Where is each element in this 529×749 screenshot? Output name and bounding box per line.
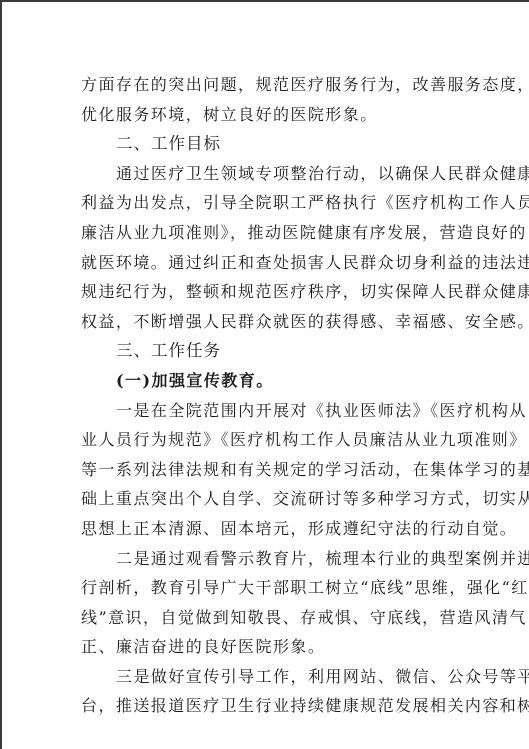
body-line: 线”意识，自觉做到知敬畏、存戒惧、守底线，营造风清气 [81,603,469,633]
body-line: 利益为出发点，引导全院职工严格执行《医疗机构工作人员 [81,188,469,218]
body-line: 优化服务环境，树立良好的医院形象。 [81,100,469,130]
document-page: 方面存在的突出问题，规范医疗服务行为，改善服务态度， 优化服务环境，树立良好的医… [0,0,529,749]
subsection-heading-education: (一)加强宣传教育。 [81,366,469,396]
body-line: 通过医疗卫生领域专项整治行动，以确保人民群众健康 [81,159,469,189]
body-line: 方面存在的突出问题，规范医疗服务行为，改善服务态度， [81,70,469,100]
page-number: 2 [2,705,529,715]
body-line: 二是通过观看警示教育片，梳理本行业的典型案例并进 [81,544,469,574]
body-line: 行剖析，教育引导广大干部职工树立“底线”思维，强化“红 [81,573,469,603]
section-heading-tasks: 三、工作任务 [81,336,469,366]
body-line: 规违纪行为，整顿和规范医疗秩序，切实保障人民群众健康 [81,277,469,307]
body-line: 业人员行为规范》《医疗机构工作人员廉洁从业九项准则》 [81,425,469,455]
body-line: 础上重点突出个人自学、交流研讨等多种学习方式，切实从 [81,484,469,514]
body-line: 一是在全院范围内开展对《执业医师法》《医疗机构从 [81,396,469,426]
body-line: 思想上正本清源、固本培元，形成遵纪守法的行动自觉。 [81,514,469,544]
body-line: 权益，不断增强人民群众就医的获得感、幸福感、安全感。 [81,307,469,337]
body-line: 三是做好宣传引导工作，利用网站、微信、公众号等平 [81,662,469,692]
body-line: 就医环境。通过纠正和查处损害人民群众切身利益的违法违 [81,248,469,278]
section-heading-goals: 二、工作目标 [81,129,469,159]
scan-speck [507,324,515,326]
body-line: 廉洁从业九项准则》，推动医院健康有序发展，营造良好的 [81,218,469,248]
document-body: 方面存在的突出问题，规范医疗服务行为，改善服务态度， 优化服务环境，树立良好的医… [81,70,469,721]
body-line: 等一系列法律法规和有关规定的学习活动，在集体学习的基 [81,455,469,485]
body-line: 正、廉洁奋进的良好医院形象。 [81,632,469,662]
